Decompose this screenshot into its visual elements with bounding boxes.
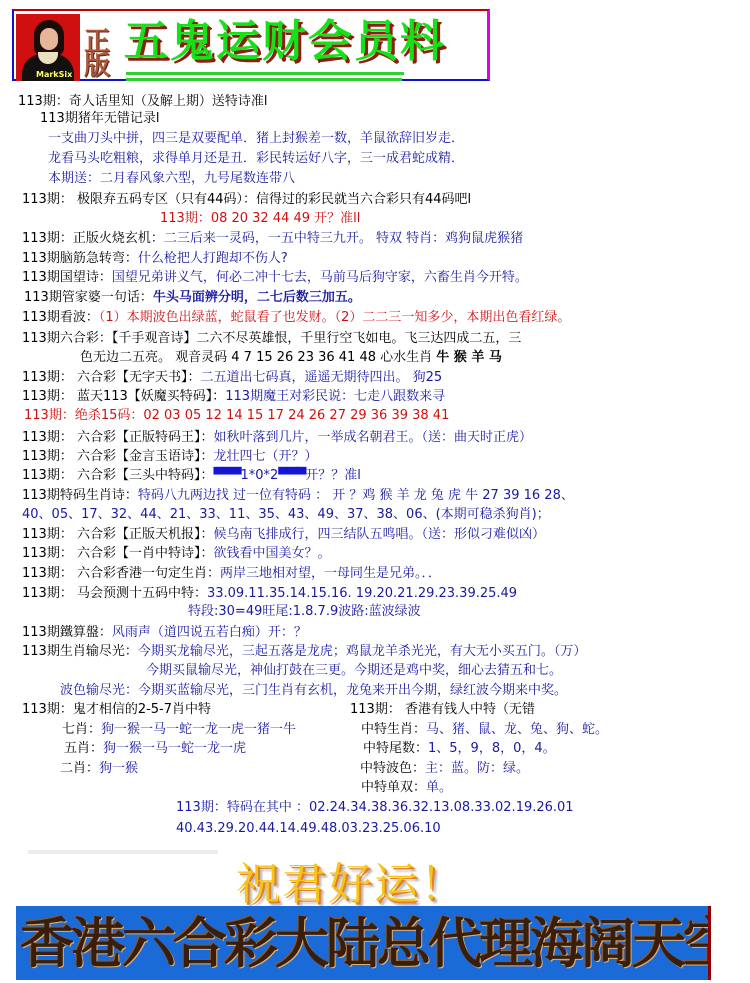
line-44-result: 113期：08 20 32 44 49 开？准ll	[160, 210, 360, 227]
line-shuchenguang: 113期生肖输尽光：今期买龙输尽光，三起五落是龙虎；鸡鼠龙羊杀光光，有大无小买五…	[22, 643, 586, 660]
line-huoshao: 113期：正版火烧玄机：二三后来一灵码，一五中特三九开。 特双 特肖：鸡狗鼠虎猴…	[22, 230, 523, 247]
zhengban-badge: 正版	[84, 30, 114, 78]
line-tiesuanpan: 113期鐵算盤：风雨声（道四说五若白痴）开：？	[22, 624, 307, 641]
line-brain: 113期脑筋急转弯：什么枪把人打跑却不伤人?	[22, 250, 288, 267]
line-shengxiao-numbers: 40、05、17、32、44、21、33、11、35、43、49、37、38、0…	[22, 506, 550, 523]
line-yixiao: 113期： 六合彩【一肖中特诗】：欲钱看中国美女？。	[22, 545, 330, 562]
title-underline	[126, 78, 402, 81]
line-bose: 波色输尽光：今期买蓝输尽光，三门生肖有玄机，龙兔来开出今期，绿红波今期来中奖。	[60, 682, 567, 699]
title-underline	[126, 72, 404, 75]
divider	[28, 850, 218, 854]
footer-banner: 香港六合彩大陆总代理海阔天空提供	[16, 906, 711, 980]
rich-row: 中特单双：单。	[361, 779, 452, 796]
special-numbers-line2: 40.43.29.20.44.14.49.48.03.23.25.06.10	[176, 820, 441, 837]
line-teduan: 特段:30=49旺尾:1.8.7.9波路:蓝波绿波	[188, 603, 421, 620]
rich-row: 中特尾数：1、5，9，8，0，4。	[363, 740, 556, 757]
line-jinyan: 113期： 六合彩【金言玉语诗】：龙壮四七（开？）	[22, 448, 317, 465]
ghost-row: 五肖：狗一猴一马一蛇一龙一虎	[64, 740, 246, 757]
good-luck-text: 祝君好运！	[236, 848, 466, 912]
line-tianji: 113期： 六合彩【正版天机报】：候乌南飞排成行，四三结队五鸣唱。（送：形似刁难…	[22, 526, 545, 543]
poem-line: 一支曲刀头中拼，四三是双要配单．猪上封猴差一数，羊鼠欲辞旧岁走．	[48, 130, 464, 147]
line-guanjiapo: 113期管家婆一句话：牛头马面辨分明，二七后数三加五。	[24, 289, 361, 306]
ghost-row: 七肖：狗一猴一马一蛇一龙一虎一猪一牛	[62, 721, 296, 738]
poem-line: 龙看马头吃粗粮，求得单月还是丑．彩民转运好八字，三一成君蛇成精．	[48, 150, 464, 167]
poem-line: 本期送：二月春风象六型，九号尾数连带八	[48, 170, 295, 187]
rich-title: 113期： 香港有钱人中特（无错	[350, 701, 535, 718]
line-santou: 113期： 六合彩【三头中特码】：▀▀▀1*0*2▀▀▀开？？准l	[22, 467, 361, 484]
line-wuzi: 113期： 六合彩【无字天书】：二五道出七码真，遥遥无期待四出。 狗25	[22, 369, 442, 386]
line-mahui: 113期： 马会预测十五码中特：33.09.11.35.14.15.16. 19…	[22, 585, 517, 602]
line-shengxiao-poem: 113期特码生肖诗：特码八九两边找 过一位有特码 ： 开 ？鸡 猴 羊 龙 兔 …	[22, 487, 574, 504]
line-juesha: 113期：绝杀15码：02 03 05 12 14 15 17 24 26 27…	[24, 407, 449, 424]
line-shuchenguang-cont: 今期买鼠输尽光，神仙打鼓在三更。今期还是鸡中奖，细心去猜五和七。	[146, 662, 562, 679]
page-title: 五鬼运财会员料	[124, 17, 446, 67]
avatar-caption: MarkSix	[36, 70, 72, 79]
line-guanyin: 113期六合彩：【千手观音诗】二六不尽英雄恨，千里行空飞如电。飞三达四成二五，三	[22, 330, 521, 347]
banner-text: 香港六合彩大陆总代理海阔天空提供	[20, 910, 711, 976]
avatar: MarkSix	[16, 14, 80, 81]
line-kanbo: 113期看波：（1）本期波色出绿蓝，蛇鼠看了也发财。（2）二二三一知多少，本期出…	[22, 309, 570, 326]
line-tema-wang: 113期： 六合彩【正版特码王】：如秋叶落到几片，一举成名朝君王。（送：曲天时正…	[22, 429, 532, 446]
line-44-codes: 113期： 极限弃五码专区（只有44码）：信得过的彩民就当六合彩只有44码吧l	[22, 191, 471, 208]
line-guanyin-cont: 色无边二五亮。 观音灵码 4 7 15 26 23 36 41 48 心水生肖 …	[80, 349, 502, 366]
rich-row: 中特生肖：马、猪、鼠、龙、兔、狗、蛇。	[361, 721, 608, 738]
ghost-row: 二肖：狗一猴	[60, 760, 138, 777]
line-hk-shengxiao: 113期： 六合彩香港一句定生肖：两岸三地相对望，一母同生是兄弟。．．	[22, 565, 441, 582]
rich-row: 中特波色：主：蓝。防：绿。	[360, 760, 529, 777]
line-yaomo: 113期： 蓝天113【妖魔买特码】：113期魔王对彩民说：七走八跟数来寻	[22, 388, 445, 405]
special-numbers-line1: 113期：特码在其中 ：02.24.34.38.36.32.13.08.33.0…	[176, 799, 574, 816]
ghost-title: 113期：鬼才相信的2-5-7肖中特	[22, 701, 211, 718]
line-guowang: 113期国望诗：国望兄弟讲义气，何必二冲十七去，马前马后狗守家，六畜生肖今开特。	[22, 269, 528, 286]
line-qiren: 113期：奇人话里知（及解上期）送特诗准l	[18, 93, 267, 110]
line-pig-year: 113期猪年无错记录l	[40, 110, 159, 127]
